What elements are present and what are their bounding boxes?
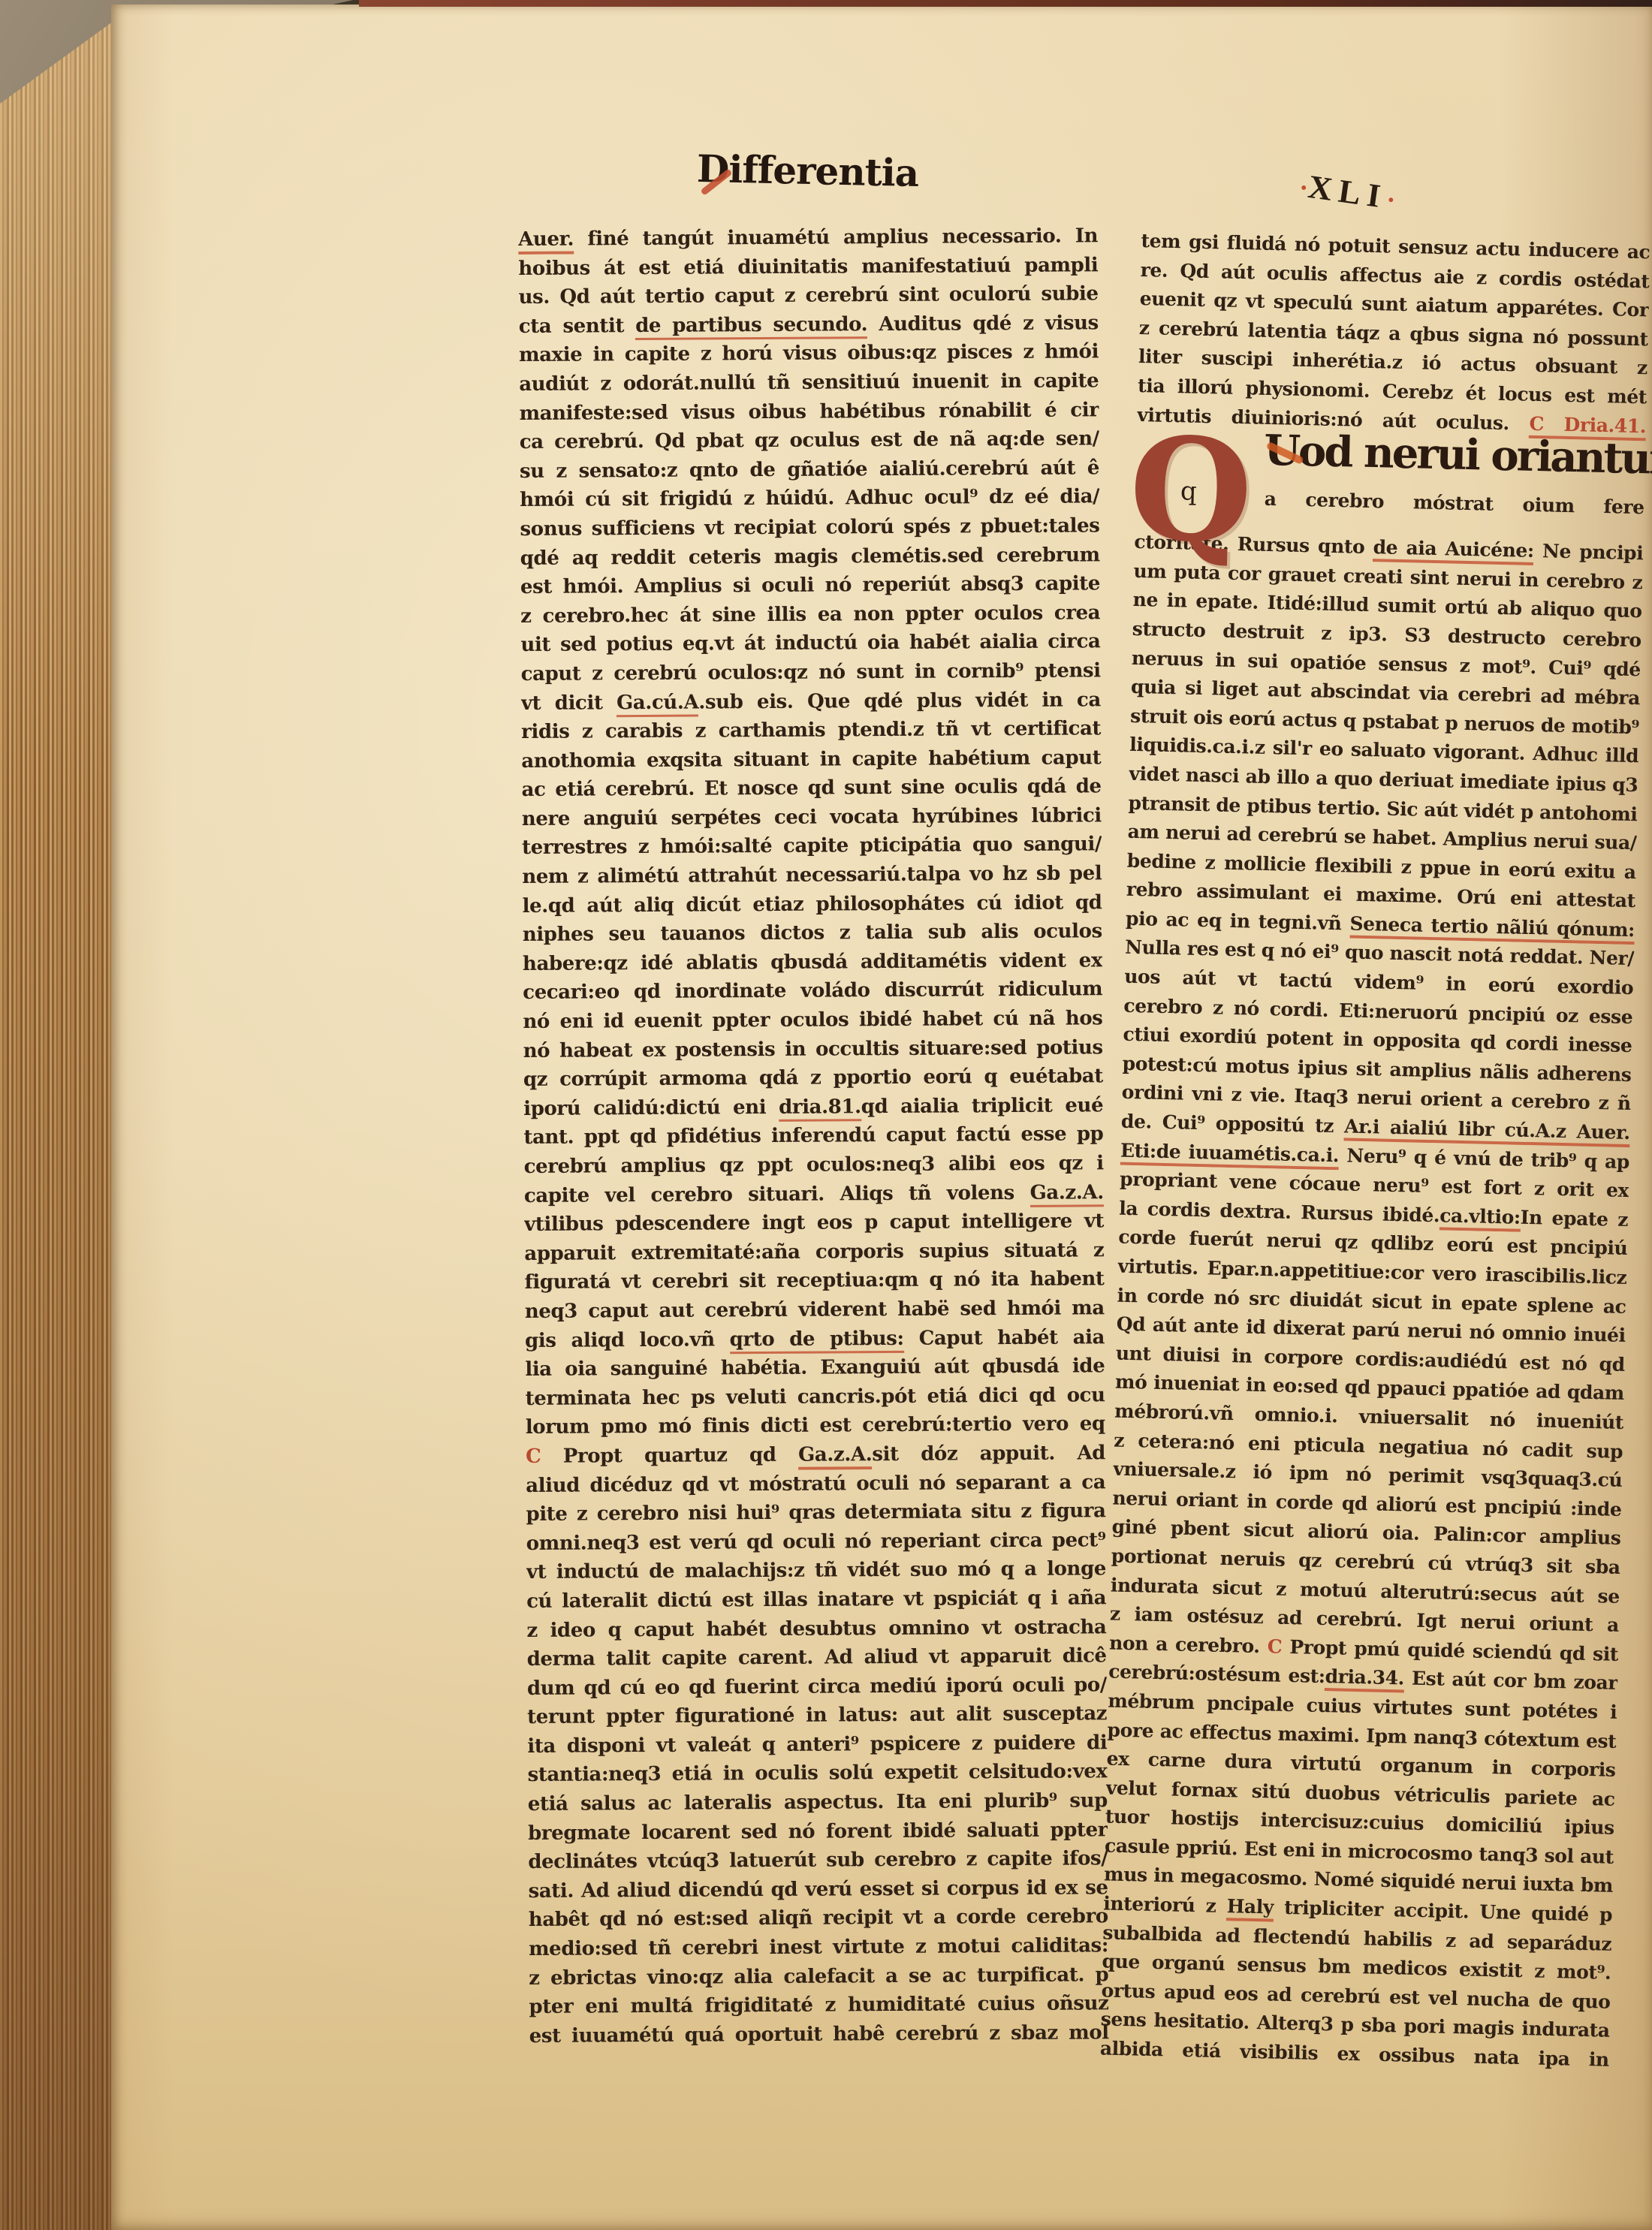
text-line: anothomia exqsita situant in capite habé… (521, 743, 1101, 776)
text-line: gis aliqd loco.vñ qrto de ptibus: Caput … (525, 1323, 1105, 1355)
guide-letter: q (1180, 477, 1197, 506)
text-line: hoibus át est etiá diuinitatis manifesta… (518, 251, 1098, 283)
text-line: sati. Ad aliud dicendú qd verú esset si … (528, 1873, 1108, 1906)
text-line: pter eni multá frigiditaté z humiditaté … (529, 1989, 1108, 2021)
text-line: terrestres z hmói:salté capite pticipáti… (522, 830, 1102, 863)
text-line: nó habeat ex postensis in occultis situa… (523, 1033, 1103, 1065)
text-line: qdé aq reddit ceteris magis clemétis.sed… (520, 541, 1100, 573)
text-line: maxie in capite z horú visus oibus:qz pi… (519, 338, 1099, 370)
text-line: vt dicit Ga.cú.A.sub eis. Que qdé plus v… (521, 686, 1101, 718)
text-column-left: Auer. finé tangút inuamétú amplius neces… (518, 221, 1109, 2051)
chapter-title: Uod nerui oriantur (1264, 429, 1646, 481)
text-line: nem z alimétú attrahút necessariú.talpa … (522, 859, 1102, 891)
text-line: cerebrú amplius qz ppt oculos:neq3 alibi… (524, 1149, 1104, 1181)
text-line: neq3 caput aut cerebrú viderent habë sed… (525, 1294, 1105, 1326)
text-line: ita disponi vt valeát q anteri⁹ pspicere… (527, 1728, 1107, 1761)
text-line: caput z cerebrú oculos:qz nó sunt in cor… (521, 656, 1101, 689)
text-line: lorum pmo mó finis dicti est cerebrú:ter… (526, 1410, 1105, 1442)
text-line: audiút z odorát.nullú tñ sensitiuú inuen… (519, 366, 1099, 399)
text-line: manifeste:sed visus oibus habétibus róna… (519, 396, 1099, 428)
text-line: su z sensato:z qnto de gñatióe aialiú.ce… (520, 454, 1099, 486)
text-line: cta sentit de partibus secundo. Auditus … (519, 309, 1099, 341)
text-line: aliud dicéduz qd vt móstratú oculi nó se… (526, 1468, 1105, 1500)
chapter-heading: Q q Uod nerui oriantur a cerebro móstrat… (1135, 429, 1646, 539)
text-line: derma talit capite carent. Ad aliud vt a… (527, 1641, 1107, 1674)
text-line: nere anguiú serpétes ceci vocata hyrúbin… (522, 801, 1102, 833)
text-line: cecari:eo qd inordinate voládo discurrút… (523, 975, 1102, 1008)
text-line: sonus sufficiens vt recipiat colorú spés… (520, 511, 1099, 544)
text-line: ridis z carabis z carthamis ptendi.z tñ … (521, 714, 1101, 746)
text-line: ac etiá cerebrú. Et nosce qd sunt sine o… (521, 773, 1101, 805)
text-line: qz corrúpit armoma qdá z pportio eorú q … (523, 1062, 1103, 1094)
book-page: Differentia ·XLI· Auer. finé tangút inua… (111, 5, 1652, 2230)
column-body-text: ctoritate. Rursus qnto de aia Auicéne: N… (1099, 528, 1643, 2075)
text-line: le.qd aút aliq dicút etiaz philosophátes… (522, 888, 1102, 921)
text-line: uit sed potius eq.vt át inductú oia habé… (520, 628, 1100, 660)
text-line: cú lateralit dictú est illas inatare vt … (526, 1584, 1106, 1616)
text-line: bregmate locarent sed nó forent ibidé sa… (528, 1816, 1108, 1848)
text-line: ca cerebrú. Qd pbat qz oculus est de nã … (520, 424, 1099, 457)
text-line: tant. ppt qd pfidétius inferendú caput f… (523, 1120, 1103, 1153)
text-line: stantia:neq3 etiá in oculis solú expetit… (527, 1758, 1107, 1790)
text-line: dum qd cú eo qd fuerint circa mediú ipor… (527, 1671, 1107, 1703)
folio-numeral: XLI (1306, 168, 1389, 215)
folio-number: ·XLI· (1297, 166, 1398, 217)
text-line: est iuuamétú quá oportuit habê cerebrú z… (529, 2018, 1109, 2051)
text-line: apparuit extremitaté:aña corporis supius… (524, 1236, 1104, 1268)
text-line: z ebrictas vino:qz alia calefacit a se a… (529, 1960, 1108, 1993)
text-line: nó eni id euenit ppter oculos ibidé habe… (523, 1004, 1102, 1036)
text-line: vtilibus pdescendere ingt eos p caput in… (524, 1207, 1104, 1239)
text-line: terminata hec ps veluti cancris.pót etiá… (525, 1381, 1105, 1413)
text-line: Auer. finé tangút inuamétú amplius neces… (518, 221, 1098, 254)
text-line: etiá salus ac lateralis aspectus. Ita en… (528, 1786, 1108, 1819)
text-line: omni.neq3 est verú qd oculi nó reperiant… (526, 1526, 1106, 1558)
text-line: z ideo q caput habét desubtus omnino vt … (526, 1613, 1106, 1645)
text-line: hmói cú sit frigidú z húidú. Adhuc ocul⁹… (520, 483, 1099, 515)
text-line: habêt qd nó est:sed aliqñ recipit vt a c… (529, 1903, 1108, 1935)
text-line: habere:qz idé ablatis qbusdá additamétis… (523, 946, 1102, 978)
text-line: z cerebro.hec át sine illis ea non ppter… (520, 598, 1100, 631)
text-line: vt inductú de malachijs:z tñ vidét suo m… (526, 1555, 1106, 1587)
text-line: medio:sed tñ cerebri inest virtute z mot… (529, 1931, 1108, 1963)
chapter-subline: a cerebro móstrat oium fere medicorú au (1264, 485, 1644, 523)
text-line: lia oia sanguiné habétia. Exanguiú aút q… (525, 1352, 1105, 1384)
book-fore-edge (0, 14, 116, 2230)
text-line: est hmói. Amplius si oculi nó reperiút a… (520, 569, 1100, 601)
text-line: declinátes vtcúq3 latuerút sub cerebro z… (528, 1844, 1108, 1876)
text-line: C Propt quartuz qd Ga.z.A.sit dóz appuit… (526, 1439, 1105, 1471)
text-line: terunt ppter figurationé in latus: aut a… (527, 1700, 1107, 1732)
text-column-right: tem gsi fluidá nó potuit sensuz actu ind… (1099, 227, 1650, 2075)
text-line: pite z cerebro nisi hui⁹ qras determiata… (526, 1496, 1105, 1529)
text-line: iporú calidú:dictú eni dria.81.qd aialia… (523, 1091, 1103, 1123)
text-line: us. Qd aút tertio caput z cerebrú sint o… (518, 279, 1098, 312)
text-line: figuratá vt cerebri sit receptiua:qm q n… (524, 1265, 1104, 1297)
text-line: capite vel cerebro situari. Aliqs tñ vol… (524, 1178, 1104, 1210)
text-line: niphes seu tauanos dictos z talia sub al… (523, 918, 1102, 950)
